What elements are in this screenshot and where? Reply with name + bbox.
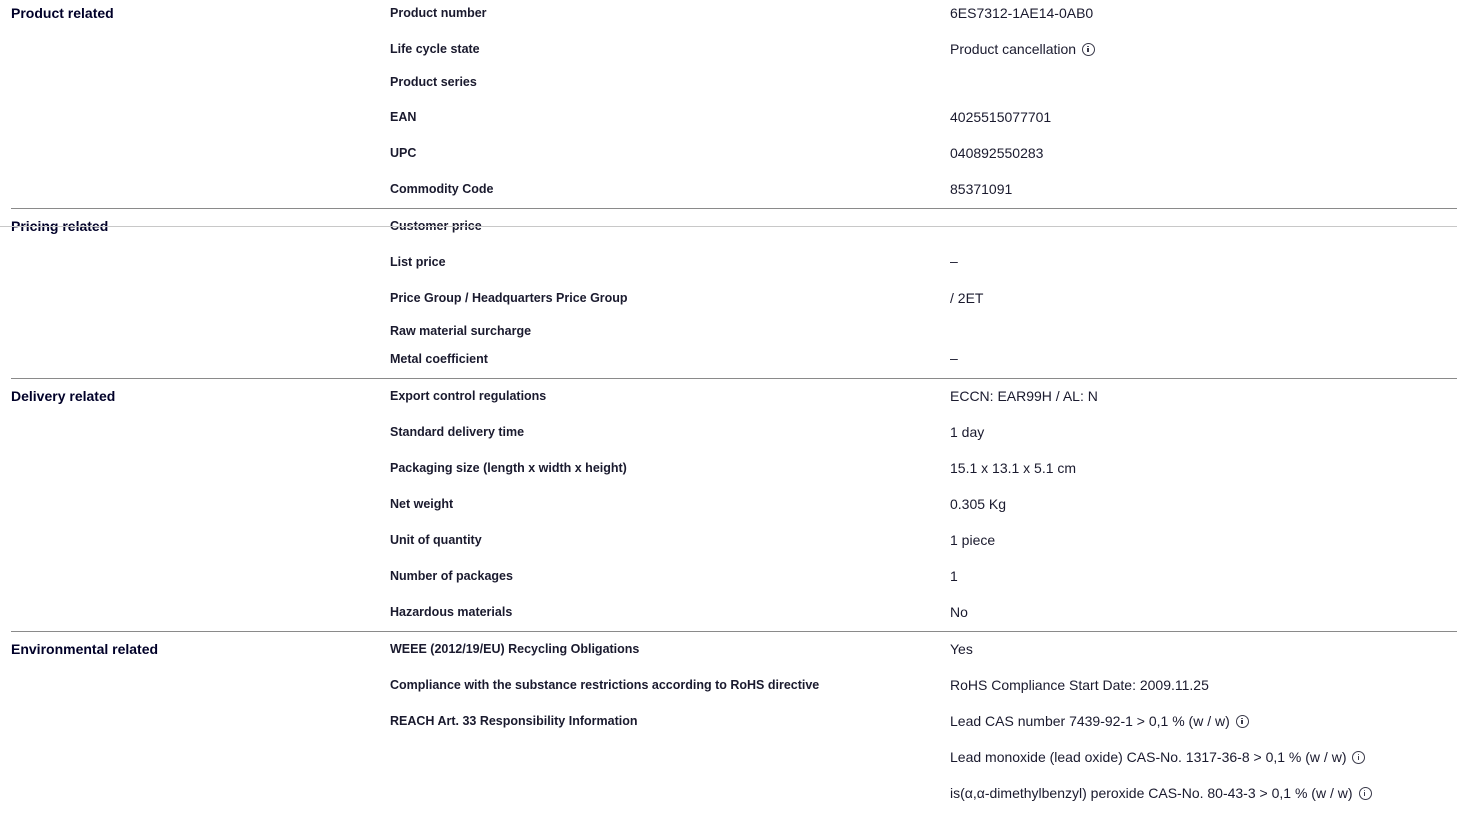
row-label: UPC — [390, 146, 416, 160]
info-icon[interactable] — [1359, 787, 1372, 800]
table-row: Product number 6ES7312-1AE14-0AB0 — [0, 6, 1457, 26]
table-row: Compliance with the substance restrictio… — [0, 678, 1457, 698]
row-value: – — [950, 217, 958, 233]
row-value: Lead monoxide (lead oxide) CAS-No. 1317-… — [950, 749, 1365, 765]
row-value: – — [950, 350, 958, 366]
row-label: WEEE (2012/19/EU) Recycling Obligations — [390, 642, 639, 656]
row-value: 040892550283 — [950, 145, 1043, 161]
row-label: Metal coefficient — [390, 352, 488, 366]
row-label: Product number — [390, 6, 487, 20]
row-label: Packaging size (length x width x height) — [390, 461, 627, 475]
value-text: Product cancellation — [950, 41, 1076, 57]
table-row: Export control regulations ECCN: EAR99H … — [0, 389, 1457, 409]
table-row: Raw material surcharge — [0, 324, 1457, 344]
table-row: Unit of quantity 1 piece — [0, 533, 1457, 553]
row-label: Raw material surcharge — [390, 324, 531, 338]
row-label: List price — [390, 255, 446, 269]
row-value: 1 piece — [950, 532, 995, 548]
info-icon[interactable] — [1082, 43, 1095, 56]
info-icon[interactable] — [1236, 715, 1249, 728]
row-label: Net weight — [390, 497, 453, 511]
row-value: Yes — [950, 641, 973, 657]
row-label: Life cycle state — [390, 42, 480, 56]
row-label: Commodity Code — [390, 182, 493, 196]
row-label: Unit of quantity — [390, 533, 482, 547]
value-text: 6ES7312-1AE14-0AB0 — [950, 5, 1093, 21]
row-label: Product series — [390, 75, 477, 89]
table-row: Life cycle state Product cancellation — [0, 42, 1457, 62]
table-row: is(α,α-dimethylbenzyl) peroxide CAS-No. … — [0, 786, 1457, 806]
row-label: Price Group / Headquarters Price Group — [390, 291, 628, 305]
table-row: UPC 040892550283 — [0, 146, 1457, 166]
info-icon[interactable] — [1352, 751, 1365, 764]
row-label: Hazardous materials — [390, 605, 512, 619]
table-row: Metal coefficient – — [0, 352, 1457, 372]
table-row: Commodity Code 85371091 — [0, 182, 1457, 202]
overlay-divider — [0, 226, 1457, 227]
section-divider — [11, 378, 1457, 379]
table-row: Hazardous materials No — [0, 605, 1457, 625]
row-value: 1 day — [950, 424, 984, 440]
table-row: Product series — [0, 75, 1457, 95]
row-value: – — [950, 253, 958, 269]
table-row: REACH Art. 33 Responsibility Information… — [0, 714, 1457, 734]
table-row: Customer price – — [0, 219, 1457, 239]
row-label: Standard delivery time — [390, 425, 524, 439]
row-value: Lead CAS number 7439-92-1 > 0,1 % (w / w… — [950, 713, 1249, 729]
row-value: 0.305 Kg — [950, 496, 1006, 512]
row-label: Compliance with the substance restrictio… — [390, 678, 819, 692]
row-value: 15.1 x 13.1 x 5.1 cm — [950, 460, 1076, 476]
row-value: 4025515077701 — [950, 109, 1051, 125]
row-value: 6ES7312-1AE14-0AB0 — [950, 5, 1093, 21]
table-row: Net weight 0.305 Kg — [0, 497, 1457, 517]
row-label: REACH Art. 33 Responsibility Information — [390, 714, 637, 728]
row-value: 85371091 — [950, 181, 1012, 197]
row-label: Export control regulations — [390, 389, 546, 403]
row-value: Product cancellation — [950, 41, 1095, 57]
row-value: No — [950, 604, 968, 620]
section-divider — [11, 208, 1457, 209]
value-text: is(α,α-dimethylbenzyl) peroxide CAS-No. … — [950, 785, 1353, 801]
row-value: RoHS Compliance Start Date: 2009.11.25 — [950, 677, 1209, 693]
table-row: Packaging size (length x width x height)… — [0, 461, 1457, 481]
section-divider — [11, 631, 1457, 632]
row-label: EAN — [390, 110, 416, 124]
table-row: Standard delivery time 1 day — [0, 425, 1457, 445]
row-label: Number of packages — [390, 569, 513, 583]
table-row: List price – — [0, 255, 1457, 275]
table-row: EAN 4025515077701 — [0, 110, 1457, 130]
table-row: Price Group / Headquarters Price Group /… — [0, 291, 1457, 311]
table-row: Lead monoxide (lead oxide) CAS-No. 1317-… — [0, 750, 1457, 770]
row-value: / 2ET — [950, 290, 983, 306]
table-row: WEEE (2012/19/EU) Recycling Obligations … — [0, 642, 1457, 662]
row-value: 1 — [950, 568, 958, 584]
table-row: Number of packages 1 — [0, 569, 1457, 589]
row-value: ECCN: EAR99H / AL: N — [950, 388, 1098, 404]
value-text: Lead CAS number 7439-92-1 > 0,1 % (w / w… — [950, 713, 1230, 729]
value-text: Lead monoxide (lead oxide) CAS-No. 1317-… — [950, 749, 1346, 765]
row-value: is(α,α-dimethylbenzyl) peroxide CAS-No. … — [950, 785, 1372, 801]
